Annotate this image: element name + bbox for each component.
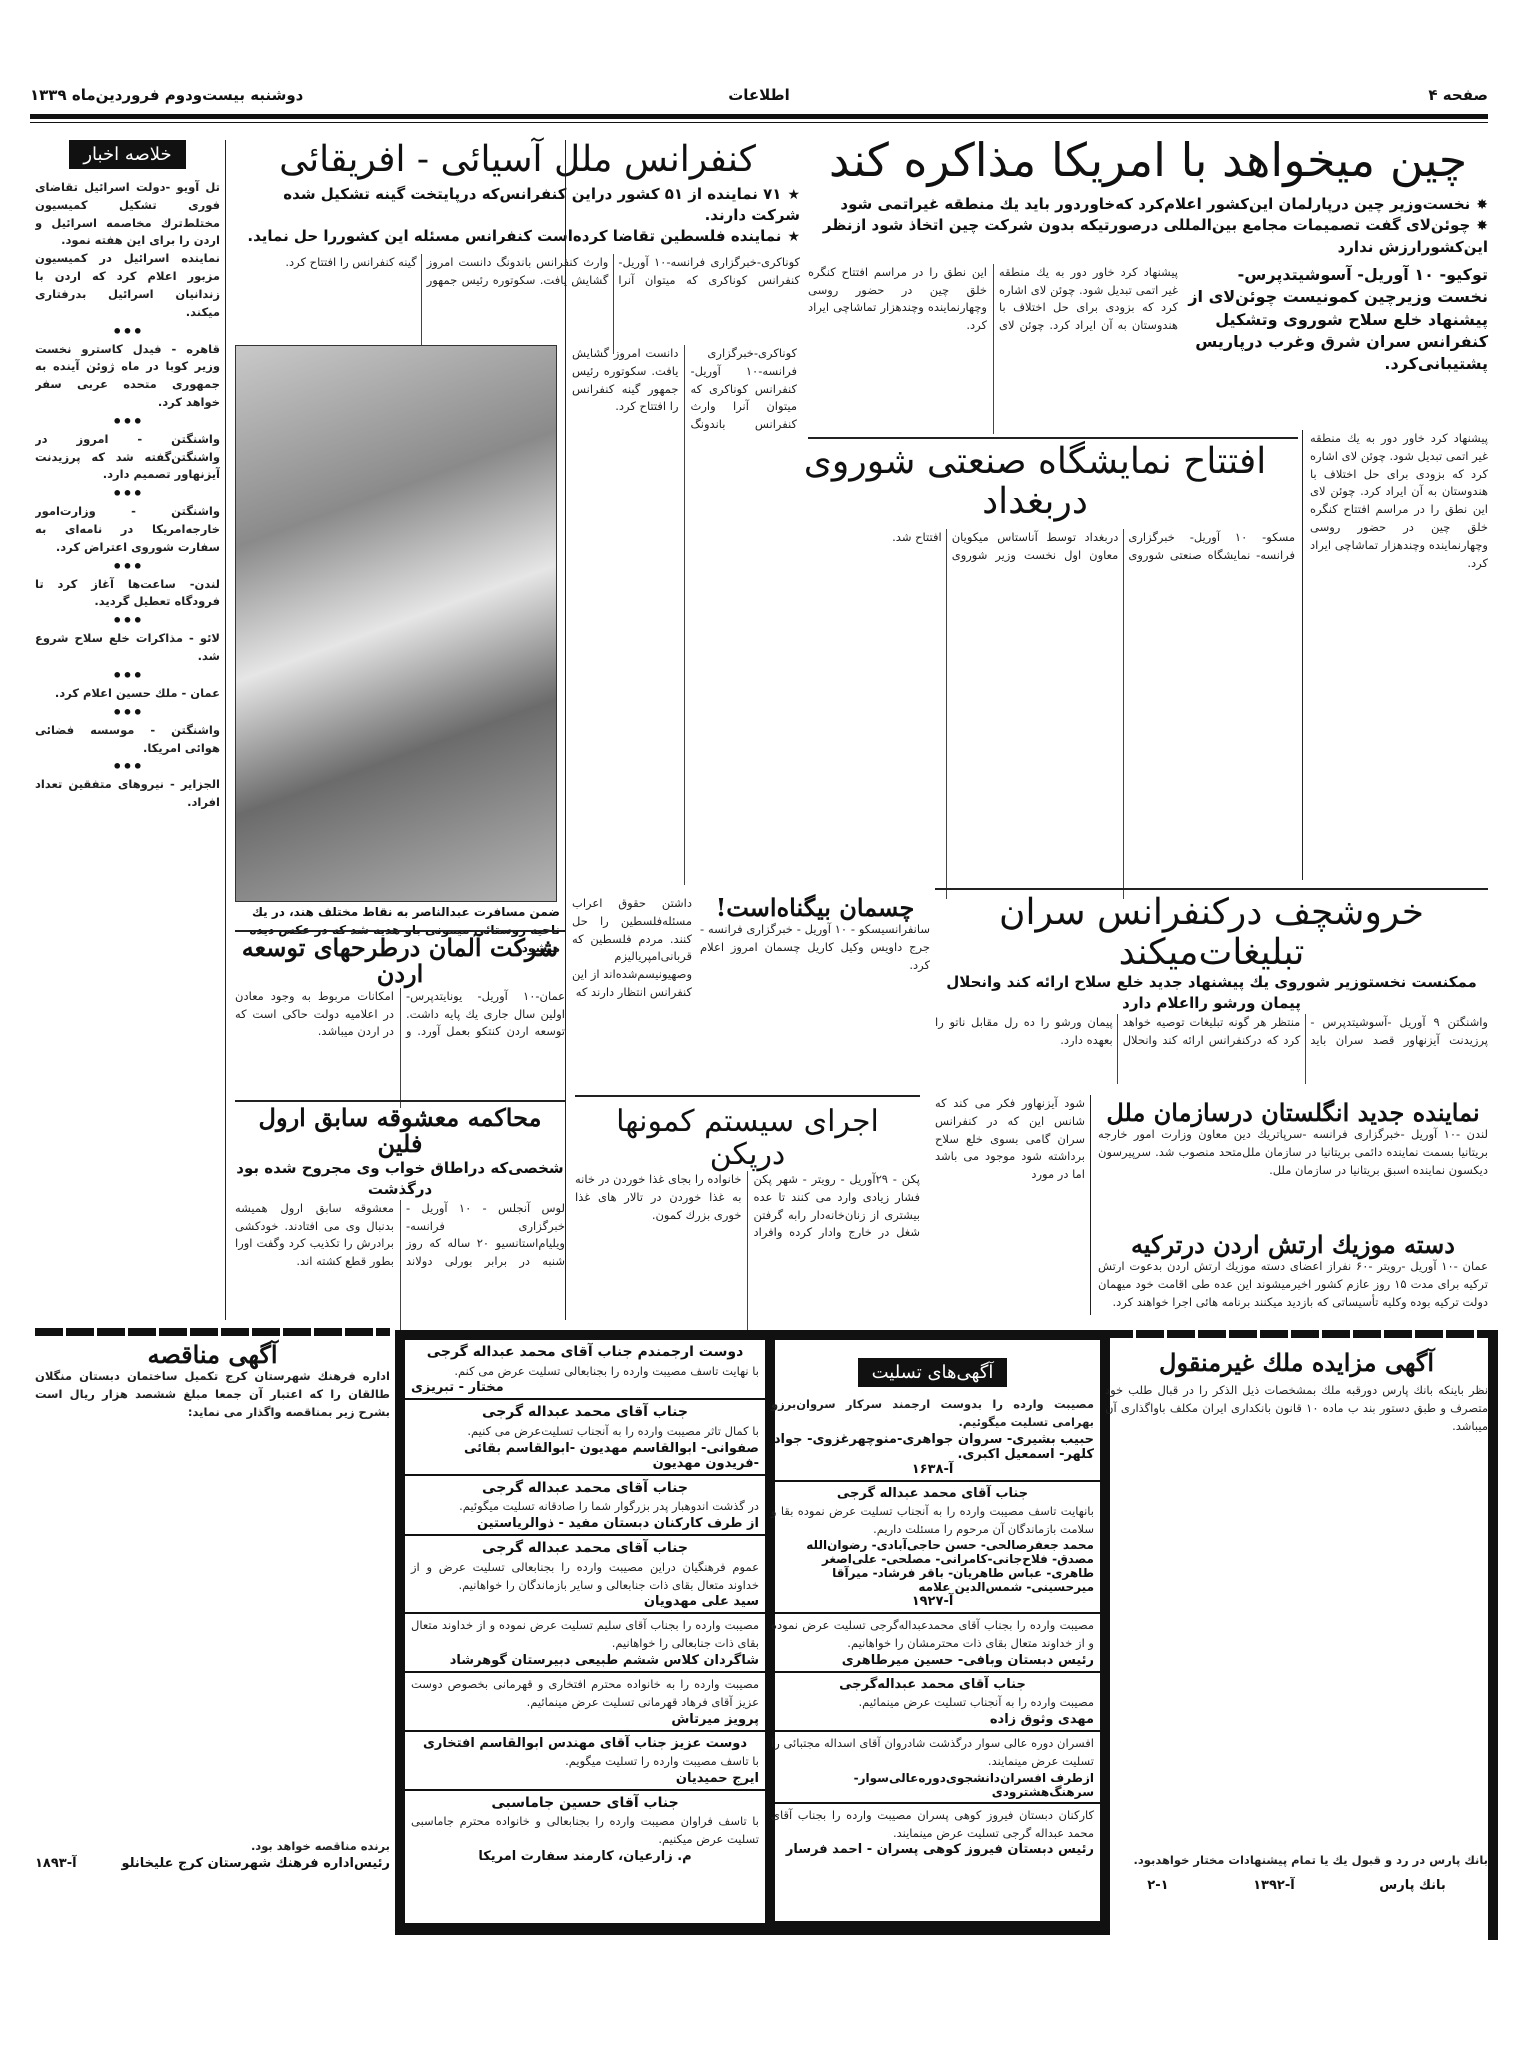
summary-item: واشنگتن - وزارت‌امور خارجه‌امریکا در نام…	[35, 503, 220, 556]
star-icon: ★	[787, 229, 800, 245]
lead-body: پیشنهاد کرد خاور دور به یك منطقه غیر اتم…	[808, 264, 1178, 434]
uk-un-headline: نماینده جدید انگلستان درسازمان ملل	[1098, 1100, 1488, 1126]
star-icon: ✸	[1476, 197, 1488, 213]
masthead-rule-thin	[30, 122, 1488, 123]
condolence-item: جناب آقای حسین جاماسبی با تاسف فراوان مص…	[405, 1791, 765, 1867]
germany-jordan-headline: شرکت آلمان درطرحهای توسعه اردن	[235, 935, 565, 988]
masthead: صفحه ۴ اطلاعات دوشنبه بیست‌ودوم فروردین‌…	[30, 86, 1488, 108]
summary-item: نماینده اسرائیل در کمیسیون مزبور اعلام ک…	[35, 250, 220, 321]
summary-item: لائو - مذاکرات خلع سلاح شروع شد.	[35, 630, 220, 666]
summary-item: قاهره - فیدل کاسترو نخست وزیر کوبا در ما…	[35, 341, 220, 412]
auction-ref: آ-۱۳۹۲	[1253, 1878, 1295, 1893]
page-number: صفحه ۴	[1428, 86, 1488, 104]
khrushchev-story: خروشچف درکنفرانس سران تبلیغات‌میکند ممکن…	[935, 893, 1488, 1093]
auction-signature: بانك پارس	[1379, 1878, 1445, 1893]
masthead-rule	[30, 114, 1488, 119]
summary-item: واشنگتن - امروز در واشنگتن‌گفته شد که پر…	[35, 431, 220, 484]
lead-bullet-2: ✸چوئن‌لای گفت تصمیمات مجامع بین‌المللی د…	[808, 215, 1488, 258]
summary-item: الجزایر - نیروهای متفقین تعداد افراد.	[35, 776, 220, 812]
condolence-item: کارکنان دبستان فیروز کوهی پسران مصیبت وا…	[765, 1804, 1100, 1861]
condolence-item: جناب آقای محمد عبداله گرجی عموم فرهنگیان…	[405, 1536, 765, 1614]
uk-un-story: نماینده جدید انگلستان درسازمان ملل لندن …	[1098, 1100, 1488, 1225]
condolence-item: جناب آقای محمد عبداله گرجی با کمال تاثر …	[405, 1400, 765, 1475]
afro-asian-body: کوناکری-خبرگزاری فرانسه-۱۰ آوریل- کنفران…	[235, 254, 800, 354]
afro-asian-continued: کوناکری-خبرگزاری فرانسه-۱۰ آوریل- کنفران…	[572, 345, 797, 885]
tender-ad: آگهی مناقصه اداره فرهنك شهرستان کرج تکمی…	[35, 1328, 390, 1928]
innocent-body: سانفرانسیسکو - ۱۰ آوریل - خبرگزاری فرانس…	[700, 921, 930, 1061]
auction-title: آگهی مزایده ملك غیرمنقول	[1105, 1350, 1488, 1376]
condolence-item: افسران دوره عالی سوار درگذشت شادروان آقا…	[765, 1732, 1100, 1804]
auction-body: نظر باینکه بانك پارس دورقبه ملك بمشخصات …	[1105, 1382, 1488, 1852]
germany-jordan-story: شرکت آلمان درطرحهای توسعه اردن عمان-۱۰ آ…	[235, 935, 565, 1105]
condolence-item: جناب آقای محمد عبداله گرجی بانهایت تاسف …	[765, 1482, 1100, 1615]
germany-jordan-body: عمان-۱۰ آوریل- یونایتدپرس- اولین سال جار…	[235, 988, 565, 1108]
innocent-headline: چسمان بیگناه‌است!	[700, 895, 930, 921]
lead-story-continued: پیشنهاد کرد خاور دور به یك منطقه غیر اتم…	[1310, 430, 1488, 880]
lead-headline: چین میخواهد با امریکا مذاکره کند	[808, 135, 1488, 186]
trial-body: لوس آنجلس - ۱۰ آوریل - خبرگزاری فرانسه- …	[235, 1200, 565, 1330]
jordan-band-body: عمان -۱۰ آوریل -رویتر -۶۰ نفراز اعضای دس…	[1098, 1258, 1488, 1318]
condolences-column-b: آگهی‌های تسلیت مصیبت وارده را بدوست ارجم…	[765, 1330, 1110, 1935]
palestine-text: داشتن حقوق اعراب مسئله‌فلسطین را حل کنند…	[572, 895, 692, 1085]
lead-story: چین میخواهد با امریکا مذاکره کند ✸نخست‌و…	[808, 135, 1488, 425]
tender-ref: آ-۱۸۹۳	[35, 1856, 77, 1871]
condolence-item: جناب آقای محمد عبداله‌گرجی مصیبت وارده ر…	[765, 1673, 1100, 1732]
auction-code: ۲-۱	[1147, 1878, 1168, 1893]
auction-ad: آگهی مزایده ملك غیرمنقول نظر باینکه بانك…	[1105, 1330, 1498, 1940]
news-summary: خلاصه اخبار تل آویو -دولت اسرائیل تقاضای…	[35, 140, 220, 1320]
khrushchev-body: واشنگتن ۹ آوریل -آسوشیتدپرس - پرزیدنت آی…	[935, 1014, 1488, 1084]
issue-date: دوشنبه بیست‌ودوم فروردین‌ماه ۱۳۳۹	[30, 86, 303, 104]
paper-name: اطلاعات	[728, 86, 790, 104]
star-icon: ✸	[1476, 218, 1488, 234]
condolence-item: مصیبت وارده را بدوست ارجمند سرکار سروان‌…	[765, 1393, 1100, 1482]
summary-item: عمان - ملك حسین اعلام کرد.	[35, 685, 220, 703]
afro-asian-headline: کنفرانس ملل آسیائی - افریقائی	[235, 140, 800, 180]
baghdad-headline: افتتاح نمایشگاه صنعتی شوروی دربغداد	[775, 442, 1295, 521]
afro-asian-bullet-1: ★۷۱ نماینده از ۵۱ کشور دراین کنفرانس‌که …	[235, 184, 800, 227]
condolence-item: مصیبت وارده را بجناب آقای سلیم تسلیت عرض…	[405, 1614, 765, 1673]
star-icon: ★	[787, 187, 800, 203]
trial-story: محاکمه معشوقه سابق ارول فلین شخصی‌که درا…	[235, 1105, 565, 1315]
lead-lede: توکیو- ۱۰ آوریل- آسوشیتدپرس- نخست وزیرچی…	[1188, 264, 1488, 434]
condolence-item: جناب آقای محمد عبداله گرجی در گذشت اندوه…	[405, 1476, 765, 1536]
jordan-band-story: دسته موزیك ارتش اردن درترکیه عمان -۱۰ آو…	[1098, 1232, 1488, 1322]
summary-item: لندن- ساعت‌ها آغاز کرد تا فرودگاه تعطیل …	[35, 576, 220, 612]
afro-asian-bullet-2: ★نماینده فلسطین تقاضا کرده‌است کنفرانس م…	[235, 226, 800, 248]
baghdad-story: افتتاح نمایشگاه صنعتی شوروی دربغداد مسکو…	[775, 442, 1295, 882]
auction-footer-note: بانك پارس در رد و قبول یك یا تمام پیشنها…	[1105, 1852, 1488, 1870]
tender-title: آگهی مناقصه	[35, 1342, 390, 1368]
condolence-item: دوست ارجمندم جناب آقای محمد عبداله گرجی …	[405, 1340, 765, 1400]
summit-text: شود آیزنهاور فکر می کند که شانس این که د…	[935, 1095, 1085, 1315]
tender-body: اداره فرهنك شهرستان کرج تکمیل ساختمان دب…	[35, 1368, 390, 1838]
tender-footer: برنده مناقصه خواهد بود.	[35, 1838, 390, 1856]
trial-subhead: شخصی‌که دراطاق خواب وی مجروح شده بود درگ…	[235, 1158, 565, 1200]
peking-headline: اجرای سیستم کمونها درپکن	[575, 1105, 920, 1171]
baghdad-body: مسکو- ۱۰ آوریل- خبرگزاری فرانسه- نمایشگا…	[775, 529, 1295, 899]
tender-signature: رئیس‌اداره فرهنك شهرستان کرج علیخانلو	[121, 1856, 390, 1871]
trial-headline: محاکمه معشوقه سابق ارول فلین	[235, 1105, 565, 1158]
khrushchev-subhead: ممکنست نخستوزیر شوروی یك پیشنهاد جدید خل…	[935, 972, 1488, 1014]
condolences-column-a: دوست ارجمندم جناب آقای محمد عبداله گرجی …	[395, 1330, 775, 1935]
news-summary-title: خلاصه اخبار	[69, 140, 185, 169]
condolence-item: مصیبت وارده را به خانواده محترم افتخاری …	[405, 1673, 765, 1732]
lead-bullet-1: ✸نخست‌وزیر چین درپارلمان این‌کشور اعلام‌…	[808, 194, 1488, 216]
condolences-box-title: آگهی‌های تسلیت	[858, 1358, 1008, 1387]
summary-item: واشنگتن - موسسه فضائی هوائی امریکا.	[35, 722, 220, 758]
khrushchev-headline: خروشچف درکنفرانس سران تبلیغات‌میکند	[935, 893, 1488, 972]
jordan-band-headline: دسته موزیك ارتش اردن درترکیه	[1098, 1232, 1488, 1258]
uk-un-body: لندن -۱۰ آوریل -خبرگزاری فرانسه -سرپاتری…	[1098, 1126, 1488, 1216]
innocent-story: چسمان بیگناه‌است! سانفرانسیسکو - ۱۰ آوری…	[700, 895, 930, 1085]
peking-body: پکن - ۲۹آوریل - رویتر - شهر پکن فشار زیا…	[575, 1171, 920, 1331]
condolence-item: مصیبت وارده را بجناب آقای محمدعبداله‌گرج…	[765, 1614, 1100, 1673]
condolence-item: دوست عزیز جناب آقای مهندس ابوالقاسم افتخ…	[405, 1732, 765, 1791]
summary-item: تل آویو -دولت اسرائیل تقاضای فوری تشکیل …	[35, 179, 220, 250]
peking-story: اجرای سیستم کمونها درپکن پکن - ۲۹آوریل -…	[575, 1105, 920, 1315]
news-photo	[235, 345, 557, 902]
